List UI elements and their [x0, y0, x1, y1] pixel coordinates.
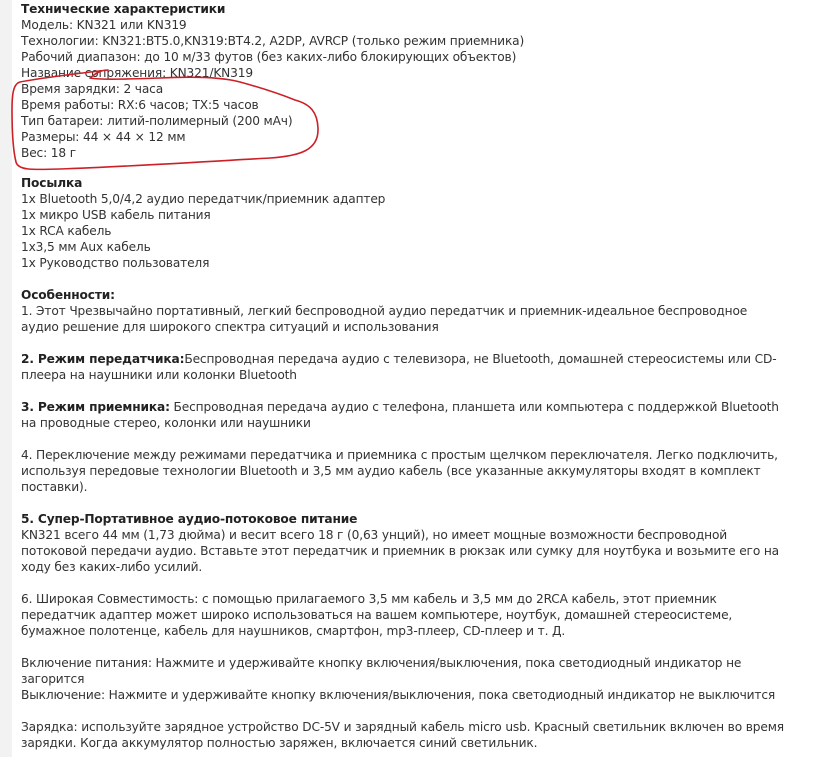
package-item: 1x Bluetooth 5,0/4,2 аудио передатчик/пр…	[21, 191, 821, 207]
feature-6-line: бумажное полотенце, кабель для наушников…	[21, 623, 821, 639]
power-on-line: загорится	[21, 671, 821, 687]
feature-1-line: 1. Этот Чрезвычайно портативный, легкий …	[21, 303, 821, 319]
feature-2: 2. Режим передатчика:Беспроводная переда…	[21, 351, 821, 367]
spec-work-time: Время работы: RX:6 часов; TX:5 часов	[21, 97, 821, 113]
feature-4-line: поставки).	[21, 479, 821, 495]
feature-3: 3. Режим приемника: Беспроводная передач…	[21, 399, 821, 415]
feature-5-line: ходу без каких-либо усилий.	[21, 559, 821, 575]
spec-battery: Тип батареи: литий-полимерный (200 мАч)	[21, 113, 821, 129]
feature-3-line: на проводные стерео, колонки или наушник…	[21, 415, 821, 431]
feature-1-line: аудио решение для широкого спектра ситуа…	[21, 319, 821, 335]
spec-tech: Технологии: KN321:BT5.0,KN319:BT4.2, A2D…	[21, 33, 821, 49]
package-item: 1x микро USB кабель питания	[21, 207, 821, 223]
left-gutter	[0, 0, 12, 757]
package-section: Посылка 1x Bluetooth 5,0/4,2 аудио перед…	[21, 175, 821, 271]
charging-section: Зарядка: используйте зарядное устройство…	[21, 719, 821, 751]
charging-line: зарядки. Когда аккумулятор полностью зар…	[21, 735, 821, 751]
feature-4-line: 4. Переключение между режимами передатчи…	[21, 447, 821, 463]
spec-pairing-name: Название сопряжения: KN321/KN319	[21, 65, 821, 81]
feature-4-line: используя передовые технологии Bluetooth…	[21, 463, 821, 479]
feature-3-text: Беспроводная передача аудио с телефона, …	[170, 400, 779, 414]
feature-6-line: передатчик адаптер может широко использо…	[21, 607, 821, 623]
spec-model: Модель: KN321 или KN319	[21, 17, 821, 33]
spec-charge-time: Время зарядки: 2 часа	[21, 81, 821, 97]
power-section: Включение питания: Нажмите и удерживайте…	[21, 655, 821, 703]
spec-range: Рабочий диапазон: до 10 м/33 футов (без …	[21, 49, 821, 65]
feature-2-line: плеера на наушники или колонки Bluetooth	[21, 367, 821, 383]
feature-5-line: KN321 всего 44 мм (1,73 дюйма) и весит в…	[21, 527, 821, 543]
features-title: Особенности:	[21, 287, 821, 303]
feature-3-label: 3. Режим приемника:	[21, 400, 170, 414]
specs-title: Технические характеристики	[21, 1, 821, 17]
spec-weight: Вес: 18 г	[21, 145, 821, 161]
features-section: Особенности: 1. Этот Чрезвычайно портати…	[21, 287, 821, 639]
feature-2-label: 2. Режим передатчика:	[21, 352, 184, 366]
charging-line: Зарядка: используйте зарядное устройство…	[21, 719, 821, 735]
power-off-line: Выключение: Нажмите и удерживайте кнопку…	[21, 687, 821, 703]
package-item: 1x Руководство пользователя	[21, 255, 821, 271]
feature-2-text: Беспроводная передача аудио с телевизора…	[184, 352, 776, 366]
product-description: Технические характеристики Модель: KN321…	[21, 0, 821, 751]
package-title: Посылка	[21, 175, 821, 191]
package-item: 1x RCA кабель	[21, 223, 821, 239]
package-item: 1x3,5 мм Aux кабель	[21, 239, 821, 255]
feature-5-line: потоковой передачи аудио. Вставьте этот …	[21, 543, 821, 559]
spec-dimensions: Размеры: 44 × 44 × 12 мм	[21, 129, 821, 145]
power-on-line: Включение питания: Нажмите и удерживайте…	[21, 655, 821, 671]
specs-section: Технические характеристики Модель: KN321…	[21, 1, 821, 161]
feature-6-line: 6. Широкая Совместимость: с помощью прил…	[21, 591, 821, 607]
feature-5-label: 5. Супер-Портативное аудио-потоковое пит…	[21, 511, 821, 527]
